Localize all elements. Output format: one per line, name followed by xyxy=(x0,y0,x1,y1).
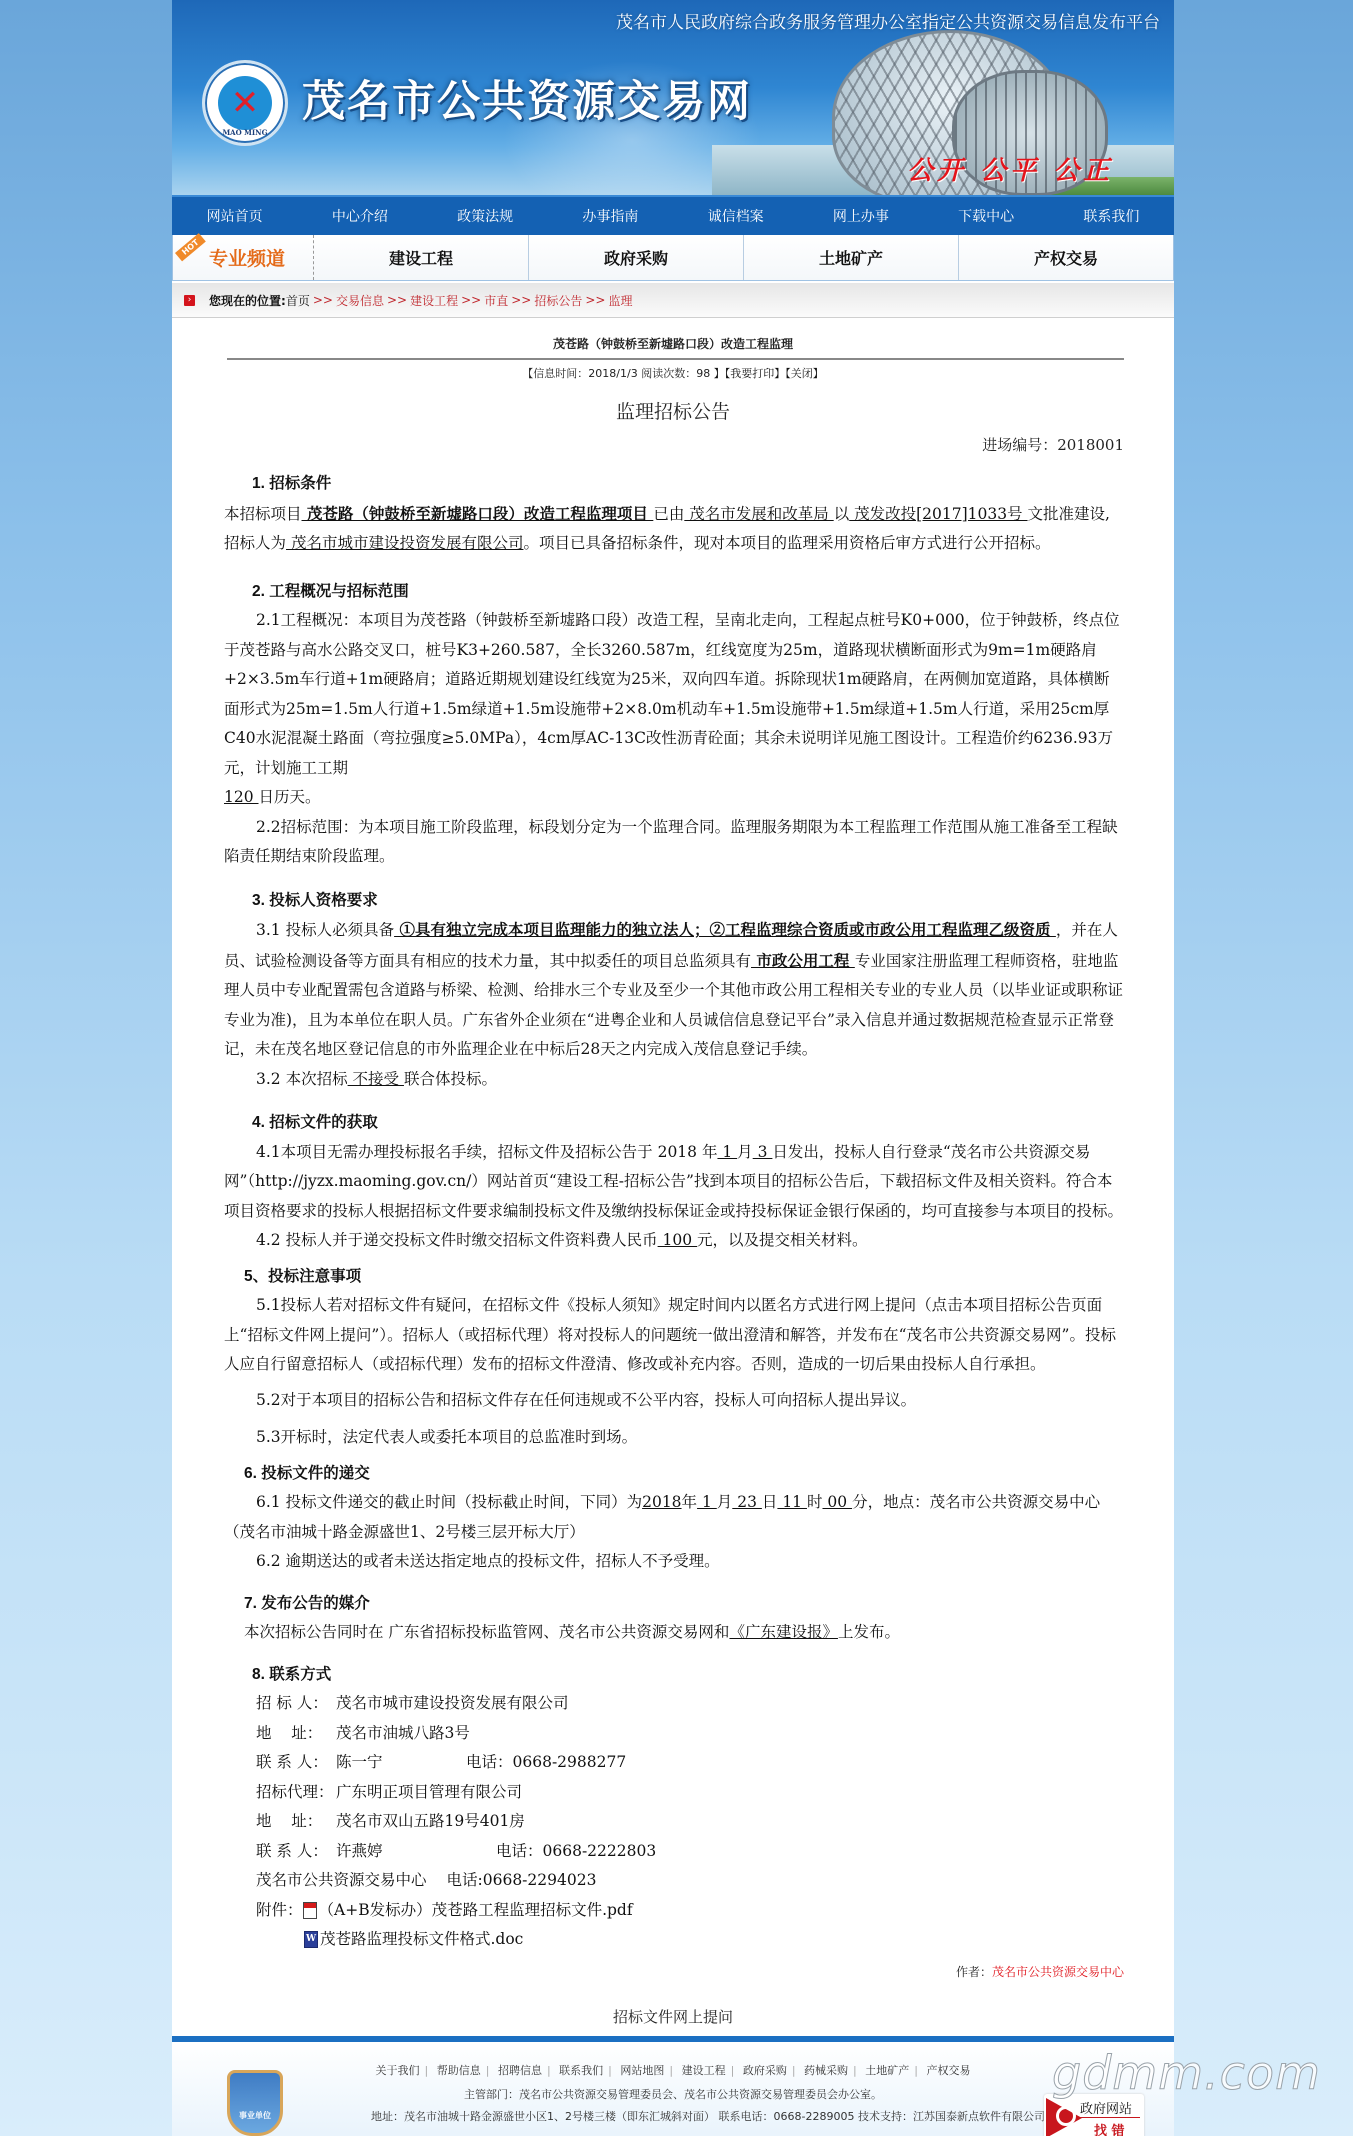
findbug-bottom-text: 找 错 xyxy=(1094,2120,1125,2136)
contact-row: 联 系 人：许燕婷电话：0668-2222803 xyxy=(256,1837,1124,1867)
paragraph: 5.1投标人若对招标文件有疑问，在招标文件《投标人须知》规定时间内以匿名方式进行… xyxy=(224,1291,1124,1380)
logo-ring-text: MAO MING xyxy=(205,128,285,137)
footer-link-jobs[interactable]: 招聘信息 xyxy=(498,2064,542,2077)
section-heading: 3. 投标人资格要求 xyxy=(224,886,1124,916)
platform-tagline: 茂名市人民政府综合政务服务管理办公室指定公共资源交易信息发布平台 xyxy=(616,8,1160,33)
footer: 事业单位 关于我们| 帮助信息| 招聘信息| 联系我们| 网站地图| 建设工程|… xyxy=(172,2036,1174,2136)
paragraph: 4.2 投标人并于递交投标文件时缴交招标文件资料费人民币 100 元，以及提交相… xyxy=(224,1226,1124,1256)
hot-ribbon-icon: HOT xyxy=(175,233,206,261)
breadcrumb: › 您现在的位置: 首页 >> 交易信息 >> 建设工程 >> 市直 >> 招标… xyxy=(172,283,1174,318)
article-body: 1. 招标条件 本招标项目 茂苍路（钟鼓桥至新墟路口段）改造工程监理项目 已由 … xyxy=(224,469,1124,1955)
footer-link-help[interactable]: 帮助信息 xyxy=(437,2064,481,2077)
author-line: 作者：茂名市公共资源交易中心 xyxy=(172,1963,1124,1980)
paragraph: 5.3开标时，法定代表人或委托本项目的总监准时到场。 xyxy=(224,1423,1124,1453)
attachment-row: 茂苍路监理投标文件格式.doc xyxy=(256,1925,1124,1955)
paragraph: 2.1工程概况：本项目为茂苍路（钟鼓桥至新墟路口段）改造工程，呈南北走向，工程起… xyxy=(224,606,1124,813)
channel-nav: HOT 专业频道 建设工程 政府采购 土地矿产 产权交易 xyxy=(172,235,1174,281)
site-logo[interactable]: ✕ MAO MING xyxy=(202,60,288,146)
section-heading: 6. 投标文件的递交 xyxy=(224,1459,1124,1489)
reference-number: 进场编号：2018001 xyxy=(172,434,1124,455)
findbug-top-text: 政府网站 xyxy=(1080,2098,1132,2117)
channel-gov-procurement[interactable]: 政府采购 xyxy=(529,235,744,280)
footer-link-contact[interactable]: 联系我们 xyxy=(559,2064,603,2077)
breadcrumb-trade-info[interactable]: 交易信息 xyxy=(336,292,384,309)
breadcrumb-city[interactable]: 市直 xyxy=(484,292,508,309)
paragraph: 6.2 逾期送达的或者未送达指定地点的投标文件，招标人不予受理。 xyxy=(224,1547,1124,1577)
breadcrumb-home[interactable]: 首页 xyxy=(286,292,310,309)
contact-list: 招 标 人：茂名市城市建设投资发展有限公司 地 址：茂名市油城八路3号 联 系 … xyxy=(224,1689,1124,1955)
print-link[interactable]: 】【我要打印】 xyxy=(714,367,786,380)
footer-links: 关于我们| 帮助信息| 招聘信息| 联系我们| 网站地图| 建设工程| 政府采购… xyxy=(172,2062,1174,2078)
paragraph: 本招标项目 茂苍路（钟鼓桥至新墟路口段）改造工程监理项目 已由 茂名市发展和改革… xyxy=(224,499,1124,559)
breadcrumb-separator: >> xyxy=(387,293,407,307)
word-file-icon xyxy=(304,1931,318,1948)
breadcrumb-separator: >> xyxy=(511,293,531,307)
breadcrumb-separator: >> xyxy=(461,293,481,307)
paragraph: 本次招标公告同时在 广东省招标投标监管网、茂名市公共资源交易网和《广东建设报》上… xyxy=(224,1618,1124,1648)
online-question-link[interactable]: 招标文件网上提问 xyxy=(172,2006,1174,2027)
nav-about-center[interactable]: 中心介绍 xyxy=(297,206,422,226)
channel-label: HOT 专业频道 xyxy=(173,235,314,280)
page: 茂名市人民政府综合政务服务管理办公室指定公共资源交易信息发布平台 ✕ MAO M… xyxy=(172,0,1174,2136)
read-count: 98 xyxy=(696,367,710,380)
public-institution-badge[interactable]: 事业单位 xyxy=(227,2070,283,2136)
paragraph: 3.1 投标人必须具备 ①具有独立完成本项目监理能力的独立法人；②工程监理综合资… xyxy=(224,915,1124,1065)
nav-contact[interactable]: 联系我们 xyxy=(1049,206,1174,226)
paragraph: 2.2招标范围：为本项目施工阶段监理，标段划分定为一个监理合同。监理服务期限为本… xyxy=(224,813,1124,872)
contact-row: 联 系 人：陈一宁电话：0668-2988277 xyxy=(256,1748,1124,1778)
info-time-label: 【信息时间： xyxy=(522,367,588,380)
section-heading: 5、投标注意事项 xyxy=(224,1262,1124,1292)
author-label: 作者： xyxy=(956,1965,992,1979)
channel-land-mineral[interactable]: 土地矿产 xyxy=(744,235,959,280)
nav-home[interactable]: 网站首页 xyxy=(172,206,297,226)
section-heading: 8. 联系方式 xyxy=(224,1660,1124,1690)
footer-link-sitemap[interactable]: 网站地图 xyxy=(620,2064,664,2077)
attachment-link-doc[interactable]: 茂苍路监理投标文件格式.doc xyxy=(320,1925,523,1955)
arrow-right-icon: › xyxy=(184,295,195,306)
breadcrumb-tender-notice[interactable]: 招标公告 xyxy=(534,292,582,309)
article: 茂苍路（钟鼓桥至新墟路口段）改造工程监理 【信息时间：2018/1/3 阅读次数… xyxy=(172,330,1174,2027)
footer-link-procurement[interactable]: 政府采购 xyxy=(743,2064,787,2077)
section-heading: 7. 发布公告的媒介 xyxy=(224,1589,1124,1619)
footer-link-property[interactable]: 产权交易 xyxy=(926,2064,970,2077)
breadcrumb-separator: >> xyxy=(313,293,333,307)
breadcrumb-label: 您现在的位置: xyxy=(209,292,286,309)
nav-downloads[interactable]: 下载中心 xyxy=(924,206,1049,226)
footer-link-medical[interactable]: 药械采购 xyxy=(804,2064,848,2077)
contact-row: 地 址：茂名市油城八路3号 xyxy=(256,1719,1124,1749)
breadcrumb-construction[interactable]: 建设工程 xyxy=(410,292,458,309)
findbug-divider xyxy=(1080,2117,1140,2118)
article-title: 茂苍路（钟鼓桥至新墟路口段）改造工程监理 xyxy=(172,330,1174,358)
watermark: gdmm.com xyxy=(1052,2046,1321,2100)
footer-link-construction[interactable]: 建设工程 xyxy=(682,2064,726,2077)
channel-construction[interactable]: 建设工程 xyxy=(314,235,529,280)
site-name: 茂名市公共资源交易网 xyxy=(302,68,752,129)
breadcrumb-supervision[interactable]: 监理 xyxy=(608,292,632,309)
contact-row: 招标代理：广东明正项目管理有限公司 xyxy=(256,1778,1124,1808)
nav-credit-records[interactable]: 诚信档案 xyxy=(673,206,798,226)
contact-row: 招 标 人：茂名市城市建设投资发展有限公司 xyxy=(256,1689,1124,1719)
paragraph: 6.1 投标文件递交的截止时间（投标截止时间，下同）为2018年 1 月 23 … xyxy=(224,1488,1124,1547)
section-heading: 2. 工程概况与招标范围 xyxy=(224,577,1124,607)
close-link[interactable]: 【关闭】 xyxy=(785,367,824,380)
pdf-file-icon xyxy=(303,1902,317,1919)
attachment-row: 附件： （A+B发标办）茂苍路工程监理招标文件.pdf xyxy=(256,1896,1124,1926)
read-count-label: 阅读次数： xyxy=(641,367,696,380)
header-banner: 茂名市人民政府综合政务服务管理办公室指定公共资源交易信息发布平台 ✕ MAO M… xyxy=(172,0,1174,195)
document-title: 监理招标公告 xyxy=(172,397,1174,424)
title-divider xyxy=(227,358,1124,360)
attachments-label: 附件： xyxy=(256,1896,303,1926)
article-meta: 【信息时间：2018/1/3 阅读次数：98 】【我要打印】【关闭】 xyxy=(172,365,1174,381)
magnifier-icon xyxy=(1056,2106,1076,2126)
author-name: 茂名市公共资源交易中心 xyxy=(992,1965,1124,1979)
footer-link-land[interactable]: 土地矿产 xyxy=(865,2064,909,2077)
footer-department: 主管部门：茂名市公共资源交易管理委员会、茂名市公共资源交易管理委员会办公室。 xyxy=(172,2086,1174,2102)
section-heading: 1. 招标条件 xyxy=(224,469,1124,499)
info-time: 2018/1/3 xyxy=(588,367,637,380)
channel-title: 专业频道 xyxy=(209,244,285,271)
nav-policies[interactable]: 政策法规 xyxy=(423,206,548,226)
paragraph: 3.2 本次招标 不接受 联合体投标。 xyxy=(224,1065,1124,1095)
main-nav: 网站首页 中心介绍 政策法规 办事指南 诚信档案 网上办事 下载中心 联系我们 xyxy=(172,195,1174,235)
slogan: 公开 公平 公正 xyxy=(907,150,1113,187)
paragraph: 5.2对于本项目的招标公告和招标文件存在任何违规或不公平内容，投标人可向招标人提… xyxy=(224,1386,1124,1416)
section-heading: 4. 招标文件的获取 xyxy=(224,1108,1124,1138)
breadcrumb-separator: >> xyxy=(585,293,605,307)
footer-address: 地址：茂名市油城十路金源盛世小区1、2号楼三楼（即东汇城斜对面） 联系电话：06… xyxy=(242,2108,1174,2124)
nav-guide[interactable]: 办事指南 xyxy=(548,206,673,226)
footer-link-about[interactable]: 关于我们 xyxy=(376,2064,420,2077)
paragraph: 4.1本项目无需办理投标报名手续，招标文件及招标公告于 2018 年 1 月 3… xyxy=(224,1138,1124,1227)
contact-row: 地 址：茂名市双山五路19号401房 xyxy=(256,1807,1124,1837)
gov-site-error-report-button[interactable]: 政府网站 找 错 xyxy=(1044,2094,1144,2136)
channel-property-rights[interactable]: 产权交易 xyxy=(959,235,1173,280)
contact-row: 茂名市公共资源交易中心电话:0668-2294023 xyxy=(256,1866,1124,1896)
logo-emblem-icon: ✕ xyxy=(218,76,272,130)
nav-online-service[interactable]: 网上办事 xyxy=(798,206,923,226)
attachment-link-pdf[interactable]: （A+B发标办）茂苍路工程监理招标文件.pdf xyxy=(319,1896,633,1926)
